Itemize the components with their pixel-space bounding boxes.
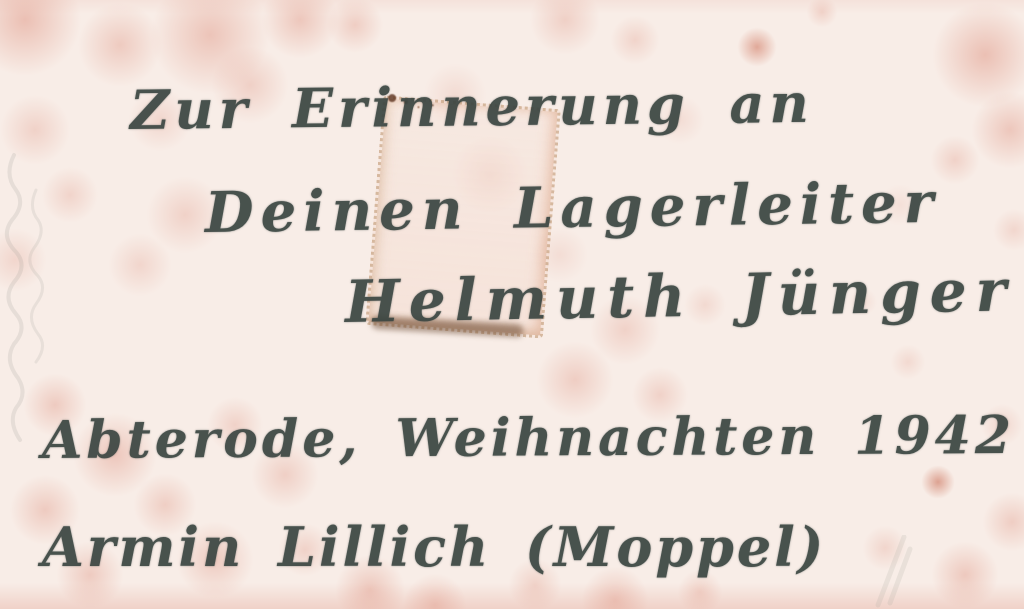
handwriting-line-4: Abterode, Weihnachten 1942 (42, 405, 1015, 471)
handwriting-line-5: Armin Lillich (Moppel) (42, 515, 826, 579)
scanned-note: Zur Erinnerung an Deinen Lagerleiter Hel… (0, 0, 1024, 609)
handwriting-line-3: Helmuth Jünger (344, 256, 1015, 336)
ghost-streak-icon (860, 535, 920, 609)
ghost-squiggle-icon (0, 150, 64, 450)
ghost-impression-bottom-right (860, 535, 920, 609)
handwriting-line-2: Deinen Lagerleiter (205, 170, 941, 246)
handwriting-line-1: Zur Erinnerung an (130, 71, 814, 142)
ghost-writing-impression (0, 150, 64, 454)
